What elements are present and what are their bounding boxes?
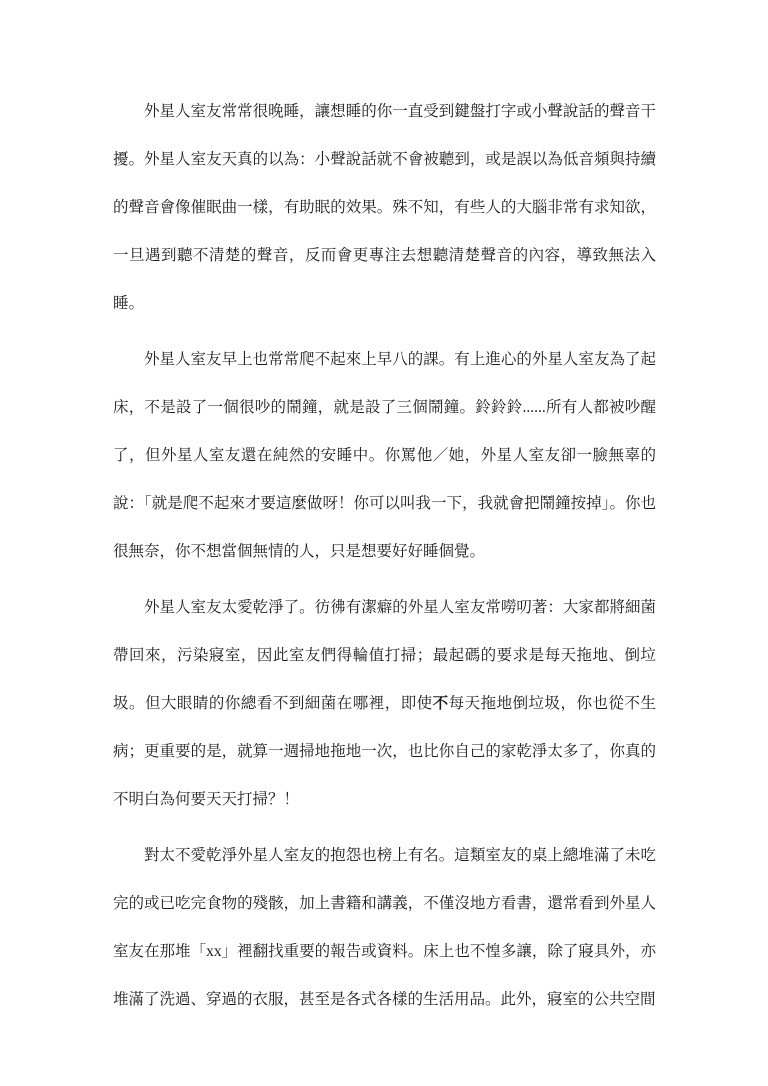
paragraph-3-segment-2: 不: [433, 695, 449, 712]
document-text-block: 外星人室友常常很晚睡，讓想睡的你一直受到鍵盤打字或小聲說話的聲音干擾。外星人室友…: [113, 88, 656, 1032]
paragraph-4: 對太不愛乾淨外星人室友的抱怨也榜上有名。這類室友的桌上總堆滿了未吃完的或已吃完食…: [113, 832, 656, 1024]
document-page: 外星人室友常常很晚睡，讓想睡的你一直受到鍵盤打字或小聲說話的聲音干擾。外星人室友…: [0, 0, 768, 1086]
paragraph-3: 外星人室友太愛乾淨了。彷彿有潔癖的外星人室友常嘮叨著：大家都將細菌帶回來，污染寢…: [113, 584, 656, 824]
paragraph-2: 外星人室友早上也常常爬不起來上早八的課。有上進心的外星人室友為了起床，不是設了一…: [113, 336, 656, 576]
paragraph-4-segment-1: 對太不愛乾淨外星人室友的抱怨也榜上有名。這類室友的桌上總堆滿了未吃完的或已吃完食…: [113, 847, 656, 1008]
paragraph-2-segment-1: 外星人室友早上也常常爬不起來上早八的課。有上進心的外星人室友為了起床，不是設了一…: [113, 351, 656, 560]
paragraph-1: 外星人室友常常很晚睡，讓想睡的你一直受到鍵盤打字或小聲說話的聲音干擾。外星人室友…: [113, 88, 656, 328]
paragraph-1-segment-1: 外星人室友常常很晚睡，讓想睡的你一直受到鍵盤打字或小聲說話的聲音干擾。外星人室友…: [113, 103, 656, 312]
